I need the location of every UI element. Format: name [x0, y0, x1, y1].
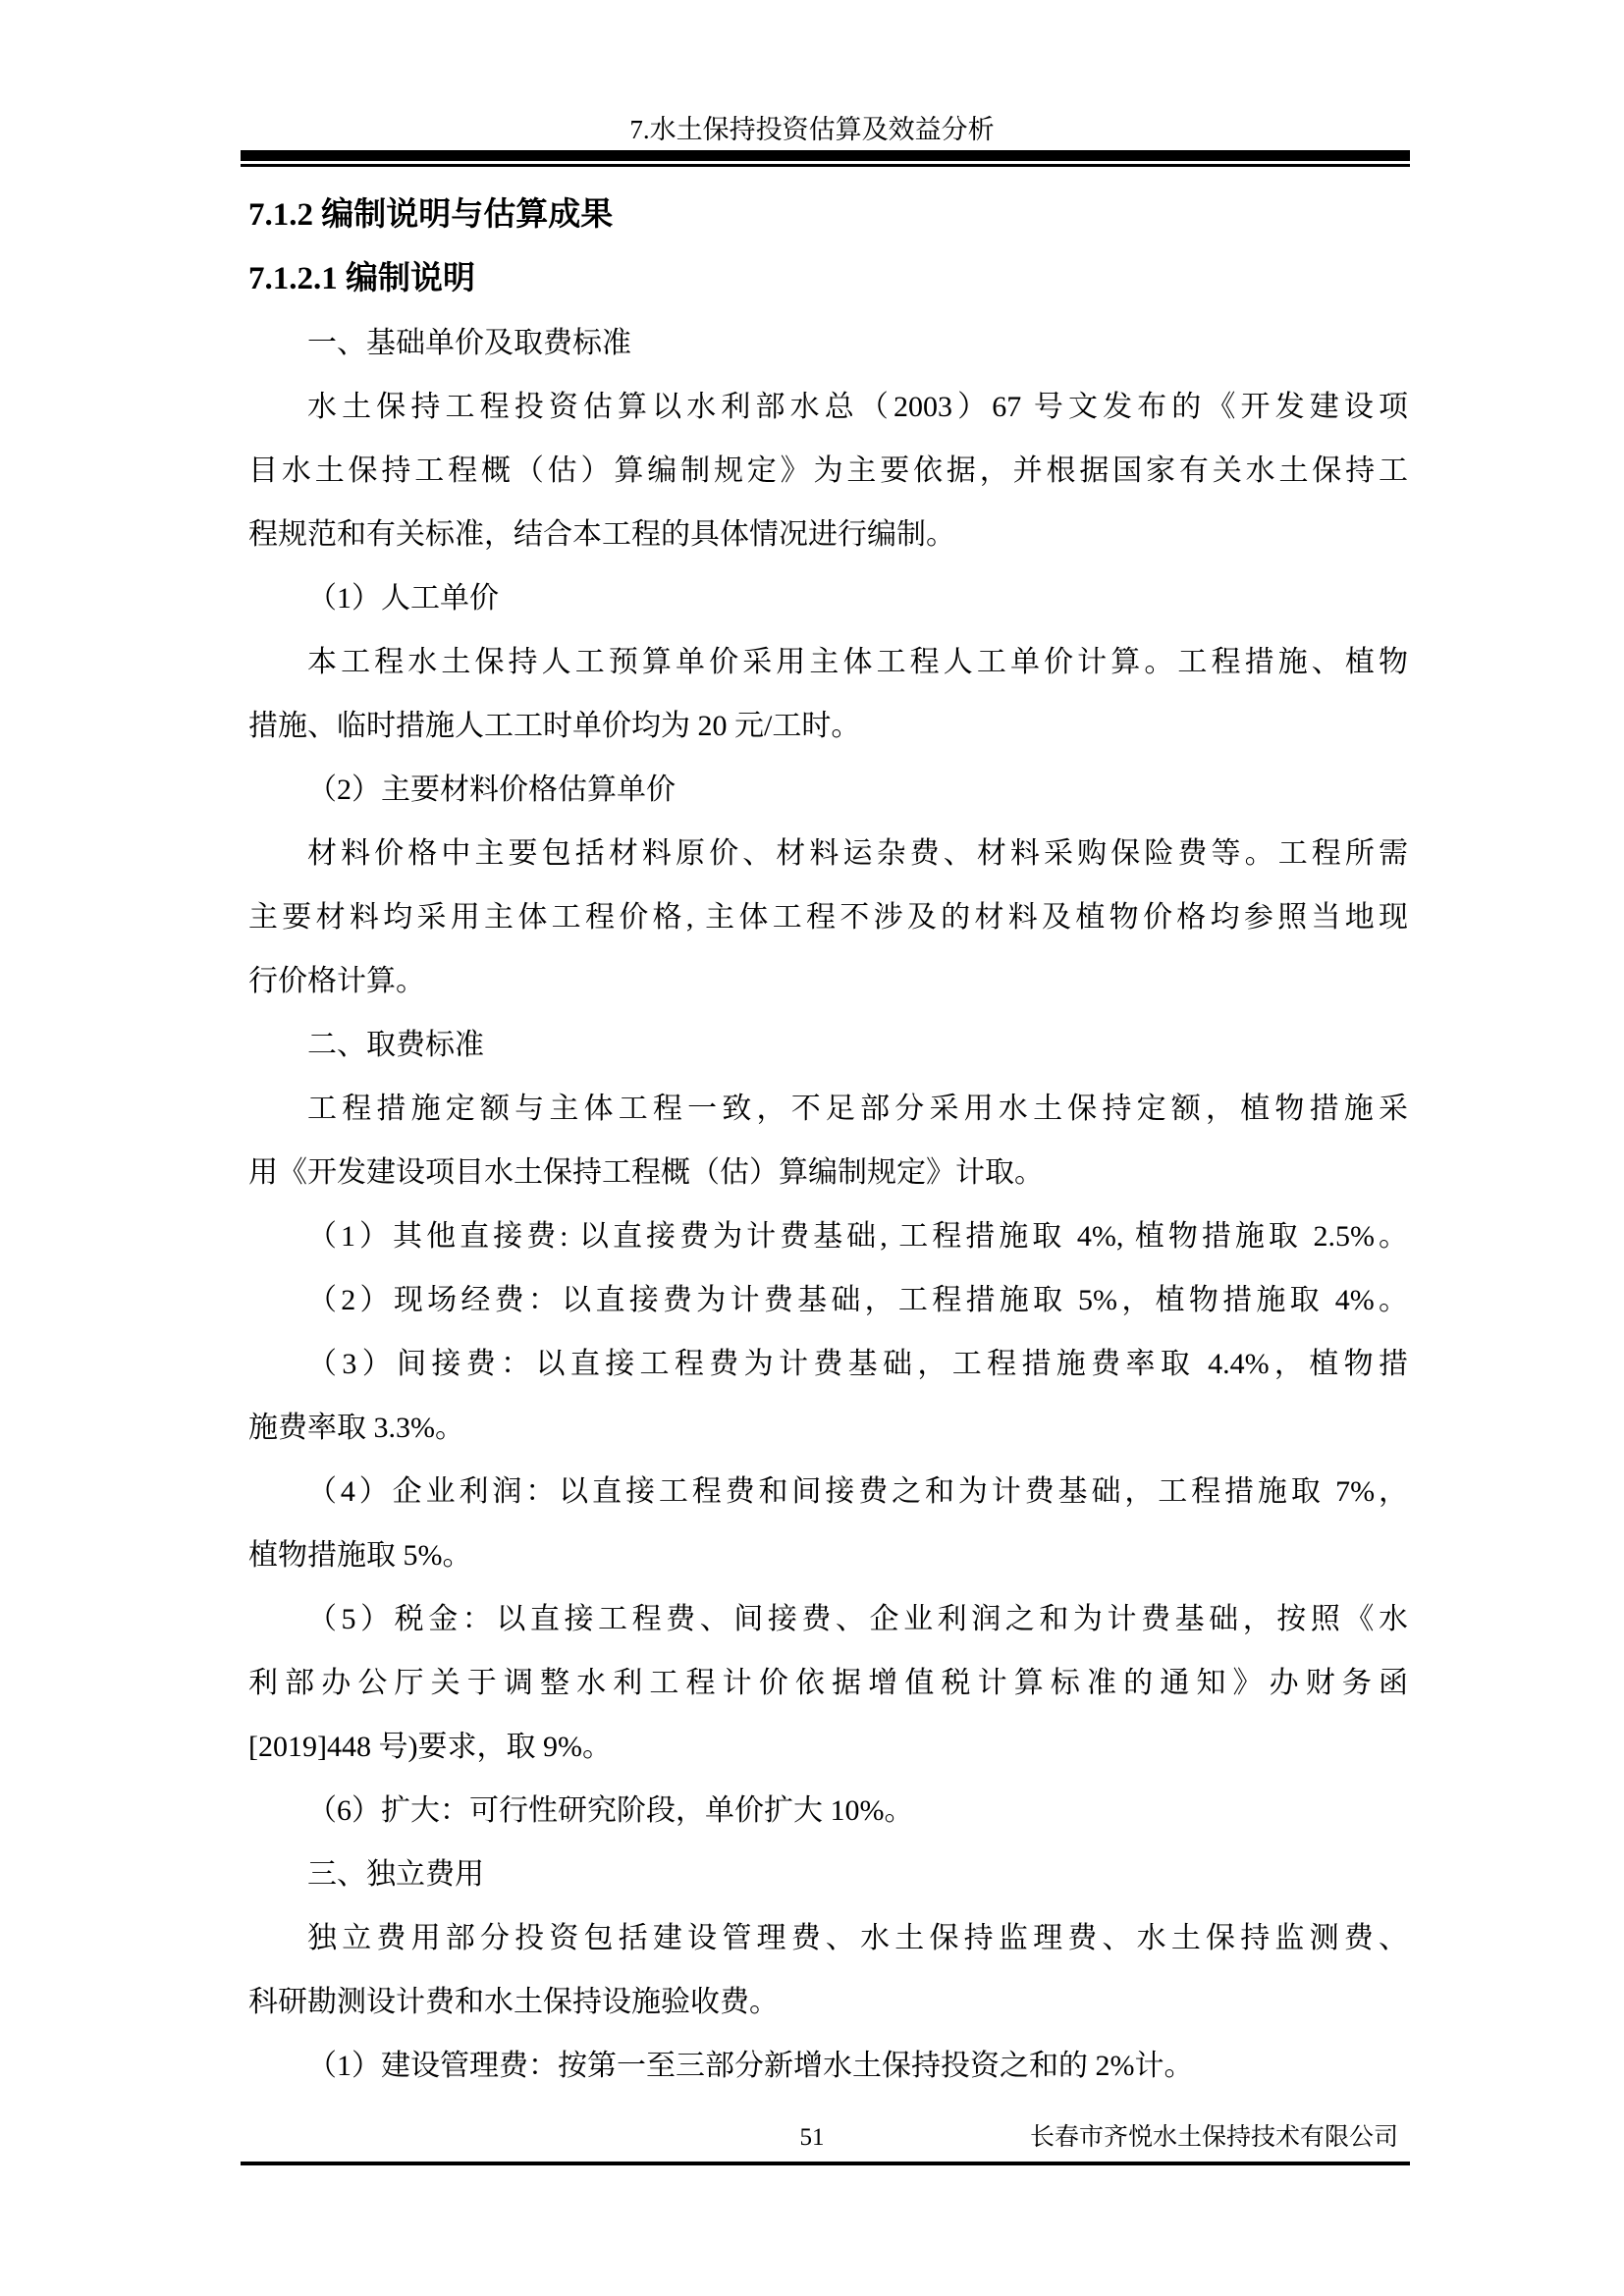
text-line: （4）企业利润：以直接工程费和间接费之和为计费基础，工程措施取 7%，	[248, 1460, 1408, 1523]
text-line: 措施、临时措施人工工时单价均为 20 元/工时。	[248, 694, 1408, 758]
header-rule-thin	[241, 164, 1410, 167]
text-line: （3）间接费：以直接工程费为计费基础，工程措施费率取 4.4%，植物措	[248, 1332, 1408, 1396]
text-line: 独立费用部分投资包括建设管理费、水土保持监理费、水土保持监测费、	[248, 1906, 1408, 1970]
text-line: （6）扩大：可行性研究阶段，单价扩大 10%。	[248, 1779, 1408, 1842]
text-line: [2019]448 号)要求，取 9%。	[248, 1715, 1408, 1779]
text-line: 主要材料均采用主体工程价格, 主体工程不涉及的材料及植物价格均参照当地现	[248, 885, 1408, 949]
text-line: 材料价格中主要包括材料原价、材料运杂费、材料采购保险费等。工程所需	[248, 822, 1408, 885]
text-line: 水土保持工程投资估算以水利部水总（2003）67 号文发布的《开发建设项	[248, 375, 1408, 439]
text-line: 三、独立费用	[248, 1842, 1408, 1906]
section-heading: 7.1.2.1 编制说明	[248, 247, 1408, 311]
text-line: （5）税金：以直接工程费、间接费、企业利润之和为计费基础，按照《水	[248, 1587, 1408, 1651]
text-line: 一、基础单价及取费标准	[248, 311, 1408, 375]
document-body: 7.1.2 编制说明与估算成果7.1.2.1 编制说明一、基础单价及取费标准水土…	[248, 184, 1408, 2098]
text-line: （1）人工单价	[248, 566, 1408, 630]
document-page: 7.水土保持投资估算及效益分析 7.1.2 编制说明与估算成果7.1.2.1 编…	[0, 0, 1624, 2296]
text-line: 植物措施取 5%。	[248, 1523, 1408, 1587]
text-line: （2）主要材料价格估算单价	[248, 758, 1408, 822]
text-line: （1）其他直接费: 以直接费为计费基础, 工程措施取 4%, 植物措施取 2.5…	[248, 1204, 1408, 1268]
text-line: 用《开发建设项目水土保持工程概（估）算编制规定》计取。	[248, 1141, 1408, 1204]
text-line: 目水土保持工程概（估）算编制规定》为主要依据，并根据国家有关水土保持工	[248, 439, 1408, 503]
text-line: 本工程水土保持人工预算单价采用主体工程人工单价计算。工程措施、植物	[248, 630, 1408, 694]
footer-company: 长春市齐悦水土保持技术有限公司	[1030, 2118, 1398, 2158]
running-header-title: 7.水土保持投资估算及效益分析	[0, 114, 1624, 145]
text-line: 工程措施定额与主体工程一致，不足部分采用水土保持定额，植物措施采	[248, 1077, 1408, 1141]
header-rule	[241, 150, 1410, 167]
text-line: 程规范和有关标准，结合本工程的具体情况进行编制。	[248, 503, 1408, 566]
text-line: （2）现场经费：以直接费为计费基础，工程措施取 5%，植物措施取 4%。	[248, 1268, 1408, 1332]
text-line: 行价格计算。	[248, 949, 1408, 1013]
text-line: 利部办公厅关于调整水利工程计价依据增值税计算标准的通知》办财务函	[248, 1651, 1408, 1715]
header-rule-thick	[241, 150, 1410, 161]
text-line: （1）建设管理费：按第一至三部分新增水土保持投资之和的 2%计。	[248, 2034, 1408, 2098]
text-line: 二、取费标准	[248, 1013, 1408, 1077]
text-line: 施费率取 3.3%。	[248, 1396, 1408, 1460]
section-heading: 7.1.2 编制说明与估算成果	[248, 184, 1408, 247]
text-line: 科研勘测设计费和水土保持设施验收费。	[248, 1970, 1408, 2034]
footer-rule	[241, 2162, 1410, 2165]
